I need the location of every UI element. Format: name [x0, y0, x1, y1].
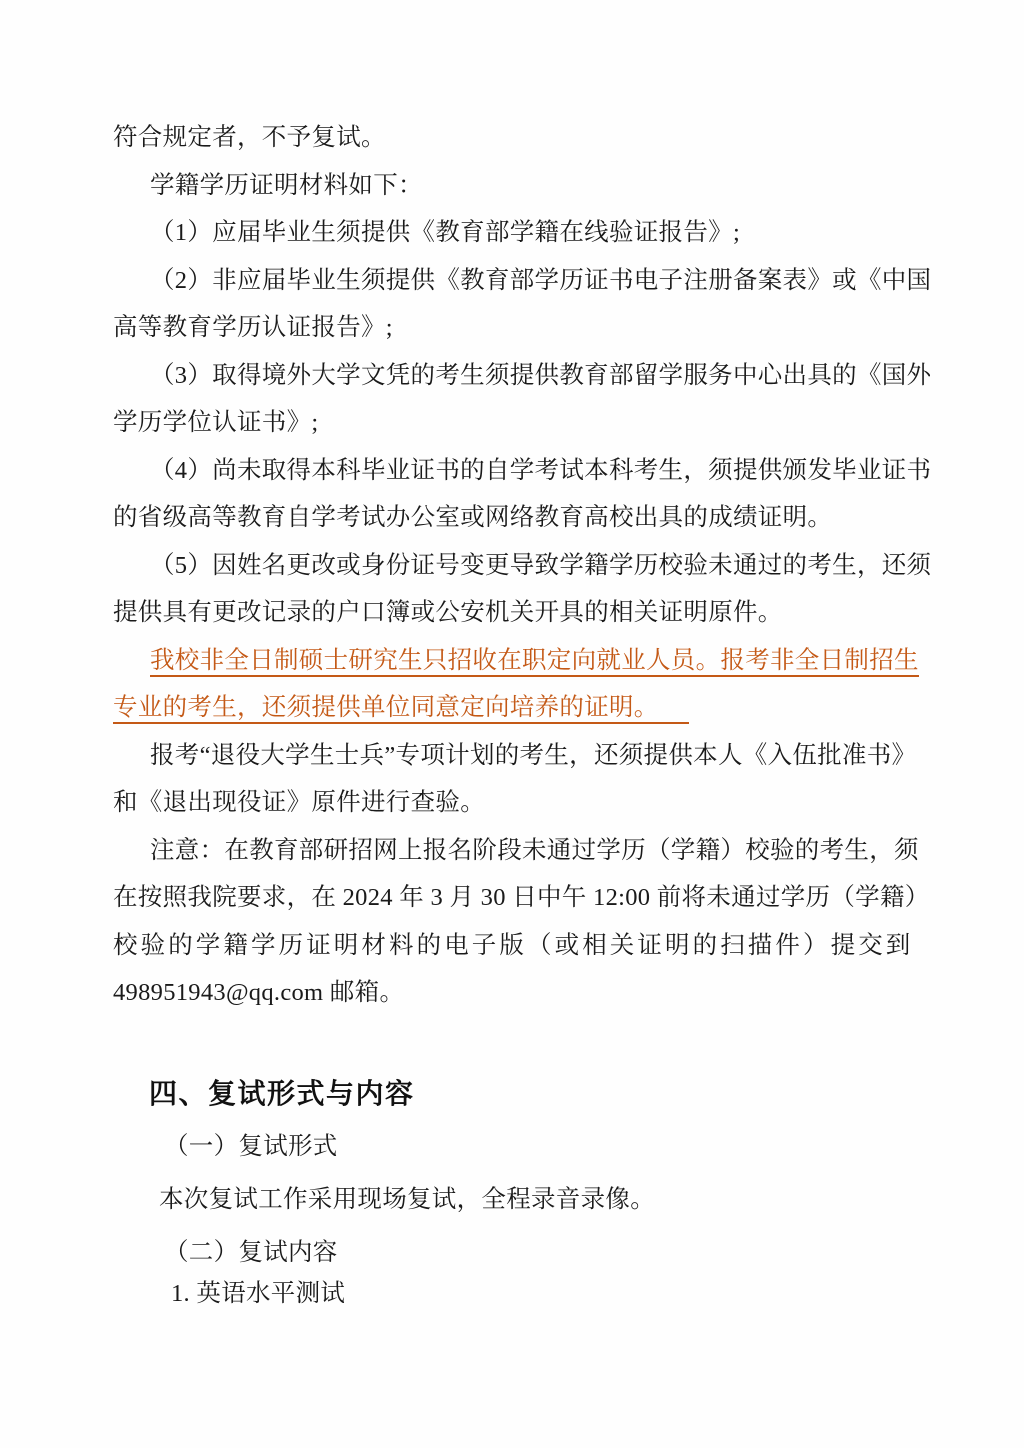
section-heading: 四、复试形式与内容: [149, 1076, 415, 1112]
emphasis-text-orange: 我校非全日制硕士研究生只招收在职定向就业人员。报考非全日制招生: [150, 647, 919, 677]
text-line: 学籍学历证明材料如下：: [113, 162, 923, 210]
text-line: （2）非应届毕业生须提供《教育部学历证书电子注册备案表》或《中国: [113, 257, 923, 305]
text-line: 校验的学籍学历证明材料的电子版（或相关证明的扫描件）提交到: [113, 922, 923, 970]
text-line: 的省级高等教育自学考试办公室或网络教育高校出具的成绩证明。: [113, 494, 923, 542]
emphasis-text-orange: 专业的考生，还须提供单位同意定向培养的证明。: [113, 694, 689, 724]
text-line: 符合规定者，不予复试。: [113, 114, 923, 162]
emphasis-line: 专业的考生，还须提供单位同意定向培养的证明。: [113, 684, 923, 732]
list-item: 1. 英语水平测试: [171, 1278, 345, 1310]
subsection-title: （一）复试形式: [164, 1131, 338, 1163]
text-line: （1）应届毕业生须提供《教育部学籍在线验证报告》;: [113, 209, 923, 257]
text-line: （4）尚未取得本科毕业证书的自学考试本科考生，须提供颁发毕业证书: [113, 447, 923, 495]
document-body: 符合规定者，不予复试。 学籍学历证明材料如下： （1）应届毕业生须提供《教育部学…: [113, 114, 923, 1017]
emphasis-line: 我校非全日制硕士研究生只招收在职定向就业人员。报考非全日制招生: [113, 637, 923, 685]
text-line: 和《退出现役证》原件进行查验。: [113, 779, 923, 827]
paragraph: 本次复试工作采用现场复试，全程录音录像。: [159, 1184, 655, 1216]
text-line: （3）取得境外大学文凭的考生须提供教育部留学服务中心出具的《国外: [113, 352, 923, 400]
text-line: （5）因姓名更改或身份证号变更导致学籍学历校验未通过的考生，还须: [113, 542, 923, 590]
text-line: 报考“退役大学生士兵”专项计划的考生，还须提供本人《入伍批准书》: [113, 732, 923, 780]
text-line: 在按照我院要求，在 2024 年 3 月 30 日中午 12:00 前将未通过学…: [113, 874, 923, 922]
text-line: 学历学位认证书》;: [113, 399, 923, 447]
text-line: 提供具有更改记录的户口簿或公安机关开具的相关证明原件。: [113, 589, 923, 637]
text-line: 高等教育学历认证报告》;: [113, 304, 923, 352]
subsection-title: （二）复试内容: [164, 1237, 338, 1269]
text-line: 注意：在教育部研招网上报名阶段未通过学历（学籍）校验的考生，须: [113, 827, 923, 875]
text-line: 498951943@qq.com 邮箱。: [113, 969, 923, 1017]
document-page: 符合规定者，不予复试。 学籍学历证明材料如下： （1）应届毕业生须提供《教育部学…: [0, 0, 1024, 1448]
